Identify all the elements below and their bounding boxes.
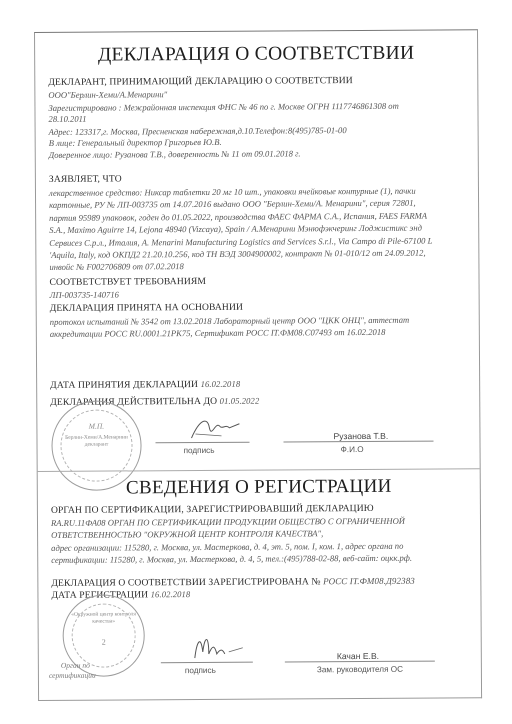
registration-line-2: 28.10.2011 bbox=[48, 110, 467, 125]
declarant-heading: ДЕКЛАРАНТ, ПРИНИМАЮЩИЙ ДЕКЛАРАЦИЮ О СООТ… bbox=[48, 75, 353, 88]
signer-name: Качан Е.В. bbox=[337, 651, 379, 661]
basis-text: протокол испытаний № 3542 от 13.02.2018 … bbox=[50, 313, 466, 340]
body-line: сертификации: 115280, г. Москва, ул. Мас… bbox=[51, 552, 467, 567]
basis-heading: ДЕКЛАРАЦИЯ ПРИНЯТА НА ОСНОВАНИИ bbox=[50, 302, 243, 314]
product-description: лекарственное средство: Никсар таблетки … bbox=[49, 184, 466, 273]
product-line: инвойс № F002706809 от 07.02.2018 bbox=[49, 259, 465, 274]
signature-line bbox=[161, 662, 253, 664]
registered-row: ДЕКЛАРАЦИЯ О СООТВЕТСТВИИ ЗАРЕГИСТРИРОВА… bbox=[51, 576, 415, 589]
acceptance-date: 16.02.2018 bbox=[201, 379, 241, 389]
signature-caption: подпись bbox=[184, 446, 215, 455]
requirements-heading: СООТВЕТСТВУЕТ ТРЕБОВАНИЯМ bbox=[49, 276, 206, 288]
registration-title: СВЕДЕНИЯ О РЕГИСТРАЦИИ bbox=[38, 475, 480, 500]
states-heading: ЗАЯВЛЯЕТ, ЧТО bbox=[49, 173, 122, 184]
valid-until-date: 01.05.2022 bbox=[220, 396, 260, 406]
declarant-name: ООО"Берлин-Хеми/А.Менарини" bbox=[48, 86, 467, 101]
declaration-title: ДЕКЛАРАЦИЯ О СООТВЕТСТВИИ bbox=[35, 42, 477, 67]
requirements-value: ЛП-003735-140716 bbox=[50, 286, 469, 301]
signature-caption: подпись bbox=[185, 666, 216, 675]
signer-name: Рузанова Т.В. bbox=[333, 431, 388, 441]
registrar-signature bbox=[187, 630, 247, 660]
acceptance-date-label: ДАТА ПРИНЯТИЯ ДЕКЛАРАЦИИ bbox=[50, 379, 198, 391]
declaration-document: ДЕКЛАРАЦИЯ О СООТВЕТСТВИИ ДЕКЛАРАНТ, ПРИ… bbox=[34, 29, 482, 701]
proxy: Доверенное лицо: Рузанова Т.В., доверенн… bbox=[49, 146, 468, 161]
stamp-mp-label: М.П. bbox=[52, 421, 140, 431]
registration-date: 16.02.2018 bbox=[151, 589, 191, 599]
signer-caption: Зам. руководителя ОС bbox=[317, 665, 403, 675]
signer-caption: Ф.И.О bbox=[341, 445, 364, 454]
acceptance-date-row: ДАТА ПРИНЯТИЯ ДЕКЛАРАЦИИ 16.02.2018 bbox=[50, 379, 240, 391]
stamp-caption-1: Орган по bbox=[61, 661, 90, 670]
stamp-number: 2 bbox=[64, 637, 144, 646]
certification-body-heading: ОРГАН ПО СЕРТИФИКАЦИИ, ЗАРЕГИСТРИРОВАВШИ… bbox=[51, 503, 374, 516]
stamp-text: «Окружной центр контроля качества» bbox=[70, 611, 138, 625]
registered-label: ДЕКЛАРАЦИЯ О СООТВЕТСТВИИ ЗАРЕГИСТРИРОВА… bbox=[51, 576, 320, 589]
stamp-caption-2: сертификации bbox=[49, 671, 96, 680]
basis-line: аккредитации РОСС RU.0001.21РК75, Сертиф… bbox=[50, 326, 466, 341]
registered-number: РОСС IT.ФМ08.Д92383 bbox=[323, 576, 415, 587]
stamp-text: Берлин-Хеми/А.Менарини декларант bbox=[58, 434, 134, 448]
certification-body-text: RA.RU.11ФА08 ОРГАН ПО СЕРТИФИКАЦИИ ПРОДУ… bbox=[51, 514, 467, 566]
declarant-signature bbox=[185, 414, 245, 444]
